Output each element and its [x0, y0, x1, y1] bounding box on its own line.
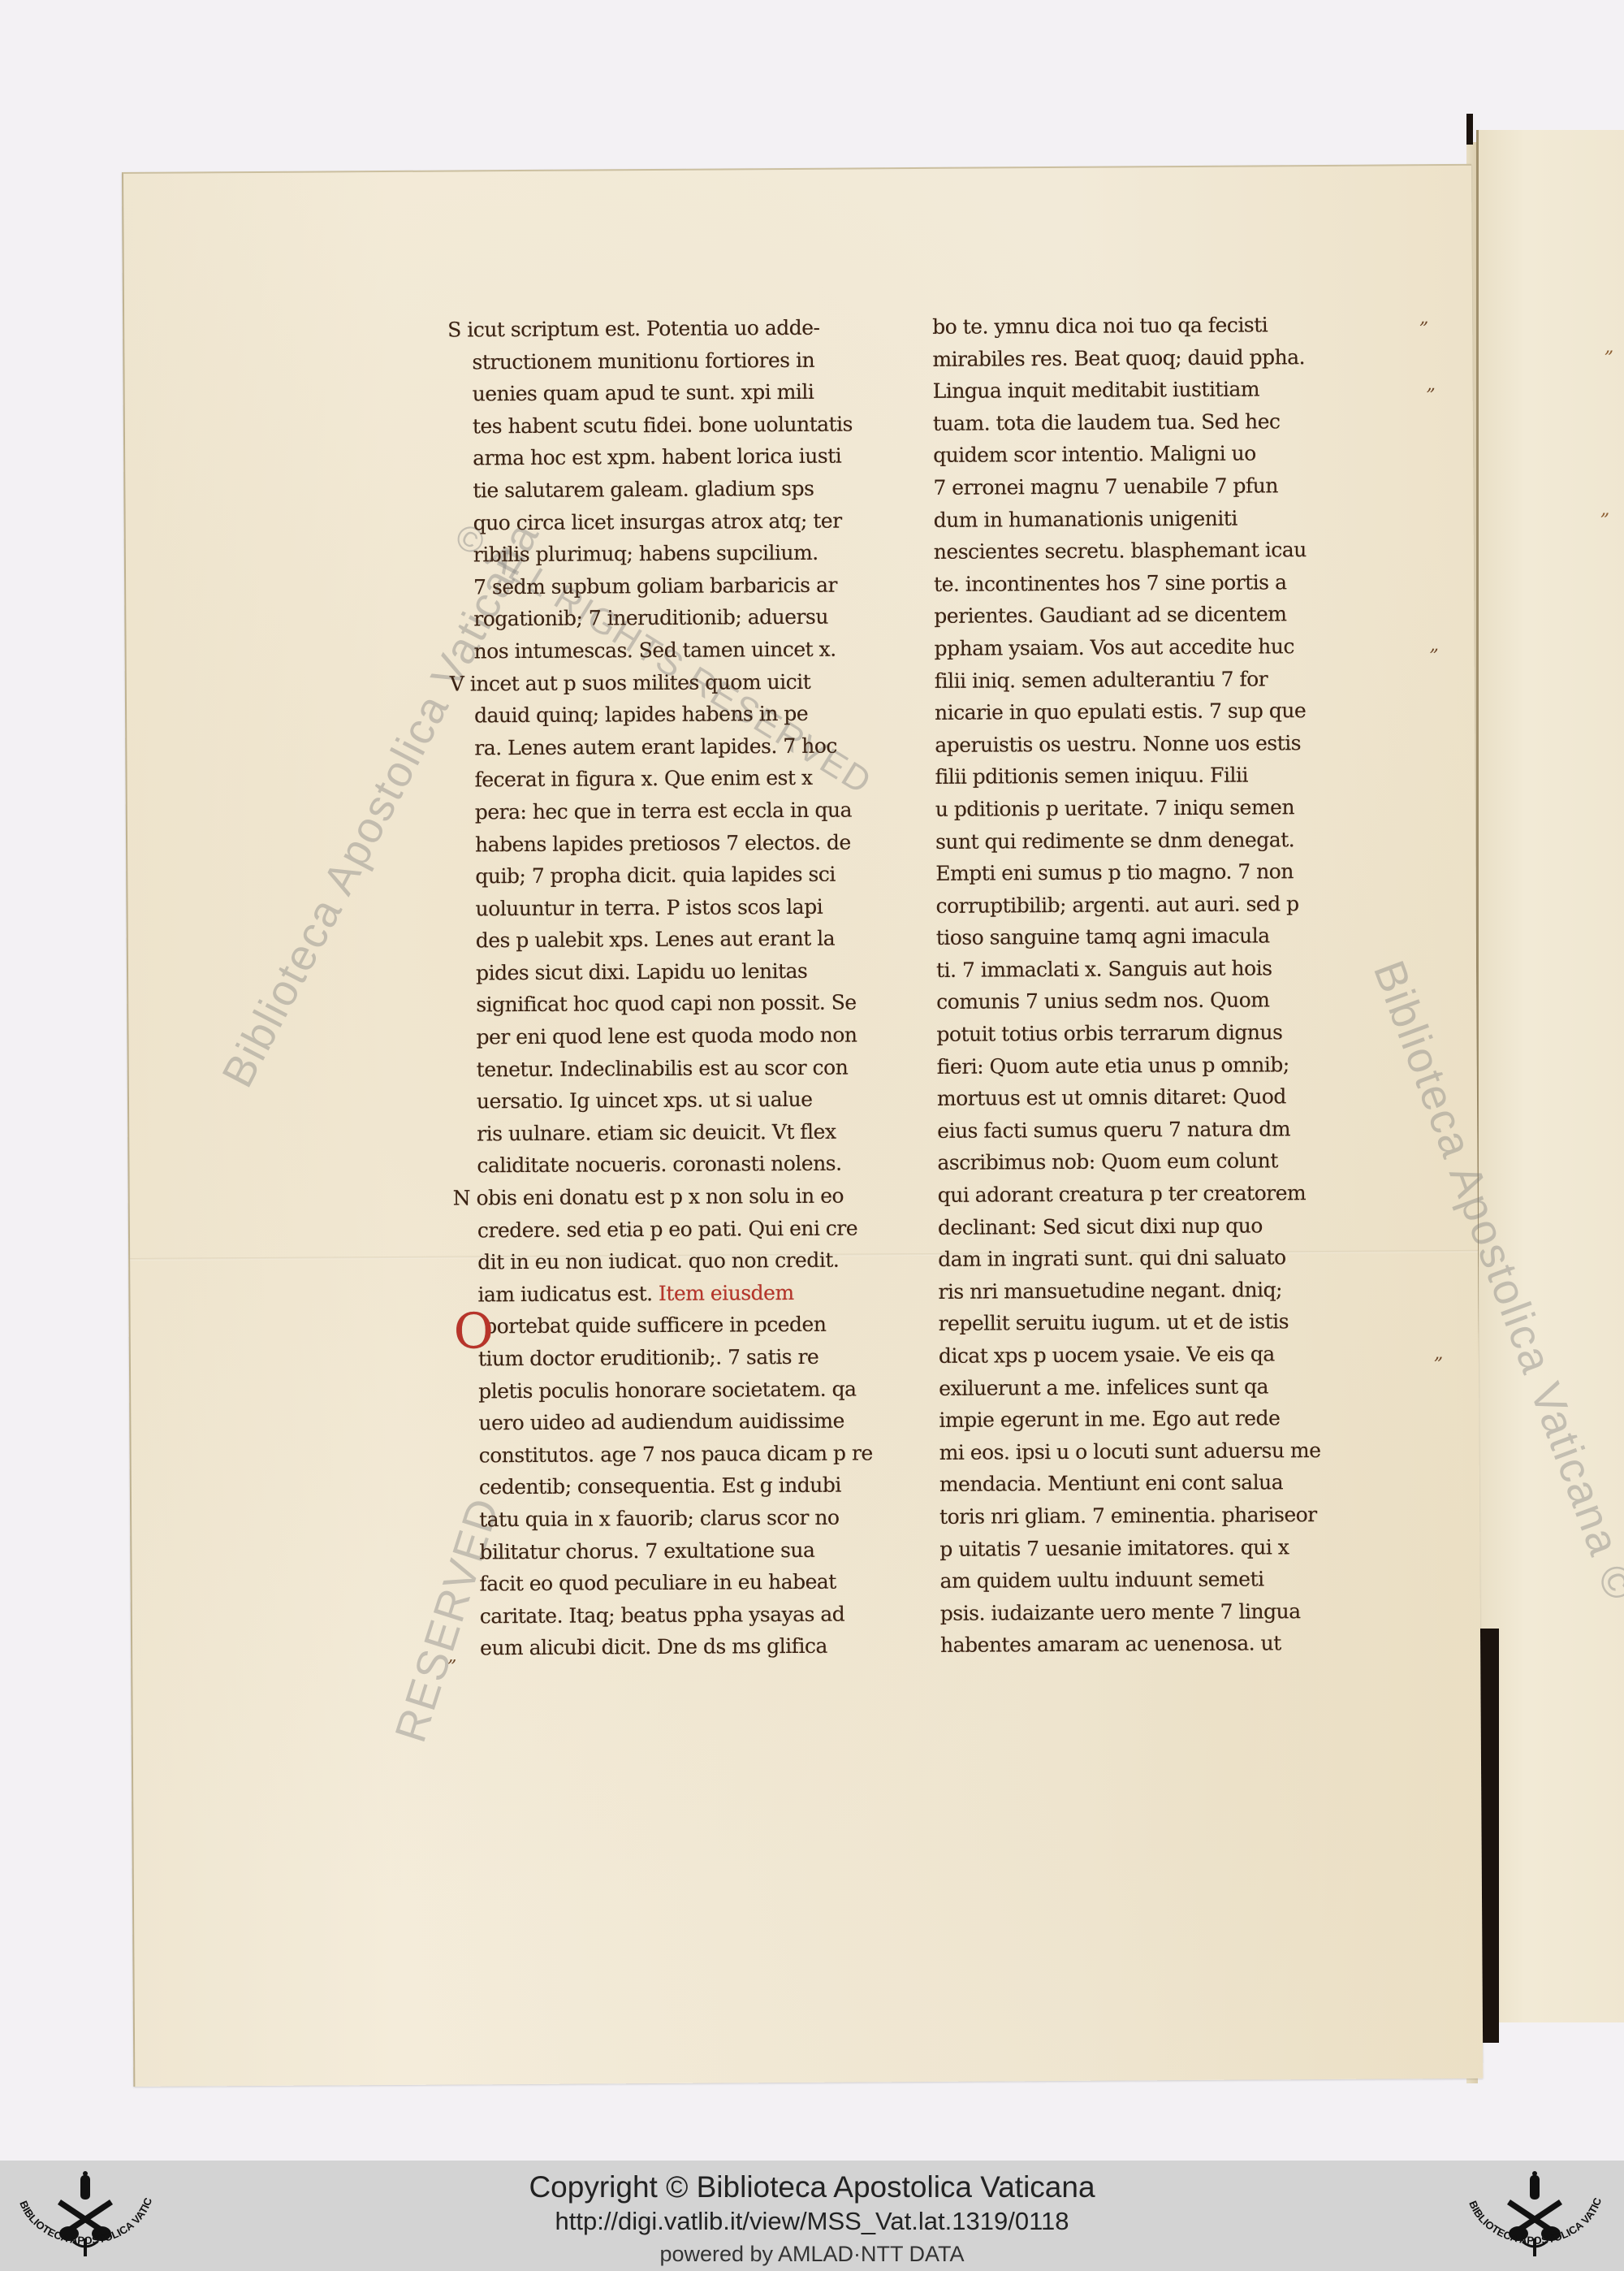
- text-line: mendacia. Mentiunt eni cont salua: [939, 1466, 1394, 1501]
- text-line: eum alicubi dicit. Dne ds ms glifica: [456, 1629, 910, 1664]
- text-line: des p ualebit xps. Lenes aut erant la: [451, 922, 906, 957]
- text-line: quo circa licet insurgas atrox atq; ter: [449, 504, 904, 539]
- text-line: ascribimus nob: Quom eum colunt: [937, 1144, 1392, 1179]
- text-line: ribilis plurimuq; habens supcilium.: [449, 536, 904, 571]
- text-line: habentes amaram ac uenenosa. ut: [940, 1627, 1395, 1662]
- text-line: psis. iudaizante uero mente 7 lingua: [940, 1594, 1395, 1629]
- marginal-mark: „: [1427, 374, 1436, 395]
- text-line: ti. 7 immaclati x. Sanguis aut hois: [936, 951, 1391, 986]
- text-line: facit eo quod peculiare in eu habeat: [456, 1565, 910, 1600]
- text-line: nos intumescas. Sed tamen uincet x.: [449, 633, 904, 668]
- text-line: Lingua inquit meditabit iustitiam: [933, 373, 1388, 408]
- text-line: repellit seruitu iugum. ut et de istis: [939, 1305, 1393, 1340]
- marginal-mark: „: [1434, 1343, 1444, 1364]
- text-line: tie salutarem galeam. gladium sps: [448, 472, 903, 507]
- text-line: Empti eni sumus p tio magno. 7 non: [935, 855, 1390, 890]
- marginal-mark: „: [447, 1646, 457, 1667]
- text-line: bilitatur chorus. 7 exultatione sua: [455, 1533, 909, 1568]
- text-line: p uitatis 7 uesanie imitatores. qui x: [939, 1530, 1394, 1565]
- text-line: nescientes secretu. blasphemant icau: [934, 534, 1389, 569]
- rubric-heading: Item eiusdem: [659, 1281, 794, 1305]
- text-span: iam iudicatus est.: [477, 1282, 652, 1306]
- text-column-left: S icut scriptum est. Potentia uo adde- s…: [447, 311, 910, 1664]
- text-line: pera: hec que in terra est eccla in qua: [451, 794, 905, 828]
- text-line: filii pditionis semen iniquu. Filii: [935, 759, 1389, 794]
- text-line: tioso sanguine tamq agni imacula: [936, 919, 1391, 954]
- text-line: uero uideo ad audiendum auidissime: [454, 1404, 909, 1439]
- text-line: am quidem uultu induunt semeti: [939, 1563, 1394, 1598]
- text-line: 7 sedm supbum goliam barbaricis ar: [449, 569, 904, 603]
- text-line: mirabiles res. Beat quoq; dauid ppha.: [932, 340, 1387, 375]
- text-line: bo te. ymnu dica noi tuo qa fecisti: [932, 308, 1387, 343]
- text-line: cedentib; consequentia. Est g indubi: [455, 1469, 909, 1503]
- text-line: fecerat in figura x. Que enim est x: [450, 761, 905, 796]
- text-line: rogationib; 7 ineruditionib; aduersu: [449, 600, 904, 635]
- text-line: ra. Lenes autem erant lapides. 7 hoc: [450, 729, 905, 764]
- text-line: caritate. Itaq; beatus ppha ysayas ad: [456, 1598, 910, 1633]
- text-line: credere. sed etia p eo pati. Qui eni cre: [453, 1212, 908, 1247]
- text-line: V incet aut p suos milites quom uicit: [450, 665, 905, 700]
- text-line: corruptibilib; argenti. aut auri. sed p: [935, 887, 1390, 922]
- text-column-right: bo te. ymnu dica noi tuo qa fecisti mira…: [932, 308, 1395, 1661]
- text-line: ris nri mansuetudine negant. dniq;: [938, 1273, 1393, 1308]
- text-line: mi eos. ipsi u o locuti sunt aduersu me: [939, 1434, 1394, 1469]
- text-line: aperuistis os uestru. Nonne uos estis: [935, 726, 1389, 761]
- text-line: iam iudicatus est. Item eiusdem: [453, 1276, 908, 1311]
- text-line: S icut scriptum est. Potentia uo adde-: [447, 311, 902, 346]
- text-line: tium doctor eruditionib;. 7 satis re: [454, 1340, 909, 1375]
- text-line: declinant: Sed sicut dixi nup quo: [938, 1209, 1393, 1244]
- permalink[interactable]: http://digi.vatlib.it/view/MSS_Vat.lat.1…: [0, 2207, 1624, 2236]
- text-line: dam in ingrati sunt. qui dni saluato: [938, 1241, 1393, 1276]
- text-line: dit in eu non iudicat. quo non credit.: [453, 1244, 908, 1278]
- text-line: pletis poculis honorare societatem. qa: [454, 1373, 909, 1408]
- text-line: dicat xps p uocem ysaie. Ve eis qa: [939, 1337, 1393, 1372]
- marginal-mark: „: [1600, 500, 1609, 520]
- text-line: uenies quam apud te sunt. xpi mili: [448, 375, 903, 410]
- text-line: potuit totius orbis terrarum dignus: [936, 1016, 1391, 1051]
- text-line: tatu quia in x fauorib; clarus scor no: [455, 1501, 909, 1536]
- text-line: dauid quinq; lapides habens in pe: [450, 697, 905, 732]
- text-line: significat hoc quod capi non possit. Se: [451, 987, 906, 1022]
- text-line: perientes. Gaudiant ad se dicentem: [934, 598, 1389, 633]
- binding-edge-top: [1466, 114, 1473, 145]
- text-line: pides sicut dixi. Lapidu uo lenitas: [451, 954, 906, 989]
- text-line: N obis eni donatu est p x non solu in eo: [453, 1179, 908, 1214]
- text-line: tenetur. Indeclinabilis est au scor con: [452, 1051, 907, 1086]
- text-line: comunis 7 unius sedm nos. Quom: [936, 984, 1391, 1019]
- text-line: quib; 7 propha dicit. quia lapides sci: [451, 858, 905, 893]
- text-span: portebat quide sufficere in pceden: [484, 1313, 826, 1339]
- copyright-text: Copyright © Biblioteca Apostolica Vatica…: [0, 2170, 1624, 2204]
- text-line: qui adorant creatura p ter creatorem: [938, 1176, 1393, 1211]
- text-line: impie egerunt in me. Ego aut rede: [939, 1402, 1393, 1437]
- viewer-footer: BIBLIOTECA APOSTOLICA VATICANA Copyright…: [0, 2161, 1624, 2271]
- text-line: per eni quod lene est quoda modo non: [451, 1019, 906, 1053]
- text-line: ppham ysaiam. Vos aut accedite huc: [934, 629, 1389, 664]
- decorated-initial: O: [454, 1316, 478, 1348]
- text-line: u pditionis p ueritate. 7 iniqu semen: [935, 790, 1390, 825]
- text-line: dum in humanationis unigeniti: [934, 501, 1389, 536]
- text-line: 7 erronei magnu 7 uenabile 7 pfun: [933, 469, 1388, 504]
- marginal-mark: „: [1419, 308, 1429, 328]
- text-line: tuam. tota die laudem tua. Sed hec: [933, 404, 1388, 439]
- text-line: te. incontinentes hos 7 sine portis a: [934, 565, 1389, 600]
- text-line: quidem scor intentio. Maligni uo: [933, 437, 1388, 472]
- text-line: fieri: Quom aute etia unus p omnib;: [937, 1048, 1392, 1083]
- text-line: habens lapides pretiosos 7 electos. de: [451, 826, 905, 861]
- text-line: caliditate nocueris. coronasti nolens.: [452, 1148, 907, 1183]
- text-line: tes habent scutu fidei. bone uoluntatis: [448, 408, 903, 443]
- powered-by-text: powered by AMLAD·NTT DATA: [0, 2242, 1624, 2267]
- text-line: filii iniq. semen adulterantiu 7 for: [935, 662, 1389, 697]
- manuscript-folio: Biblioteca Apostolica Vaticana © ALL RIG…: [122, 164, 1483, 2087]
- text-line: O portebat quide sufficere in pceden: [454, 1309, 909, 1343]
- text-line: structionem munitionu fortiores in: [447, 344, 902, 378]
- text-line: exiluerunt a me. infelices sunt qa: [939, 1369, 1393, 1404]
- vatican-library-seal-icon: BIBLIOTECA APOSTOLICA VATICANA: [1453, 2167, 1616, 2268]
- text-line: ris uulnare. etiam sic deuicit. Vt flex: [452, 1115, 907, 1150]
- text-line: sunt qui redimente se dnm denegat.: [935, 823, 1390, 858]
- marginal-mark: „: [1430, 635, 1440, 655]
- marginal-mark: „: [1605, 337, 1613, 357]
- text-line: constitutos. age 7 nos pauca dicam p re: [455, 1437, 909, 1472]
- text-line: eius facti sumus queru 7 natura dm: [937, 1112, 1392, 1147]
- text-line: uersatio. Ig uincet xps. ut si ualue: [452, 1083, 907, 1118]
- text-line: arma hoc est xpm. habent lorica iusti: [448, 440, 903, 475]
- text-line: toris nri gliam. 7 eminentia. phariseor: [939, 1498, 1394, 1533]
- svg-text:BIBLIOTECA APOSTOLICA VATICANA: BIBLIOTECA APOSTOLICA VATICANA: [1453, 2167, 1604, 2247]
- text-line: mortuus est ut omnis ditaret: Quod: [937, 1080, 1392, 1115]
- text-line: nicarie in quo epulati estis. 7 sup que: [935, 694, 1389, 729]
- text-line: uoluuntur in terra. P istos scos lapi: [451, 890, 905, 925]
